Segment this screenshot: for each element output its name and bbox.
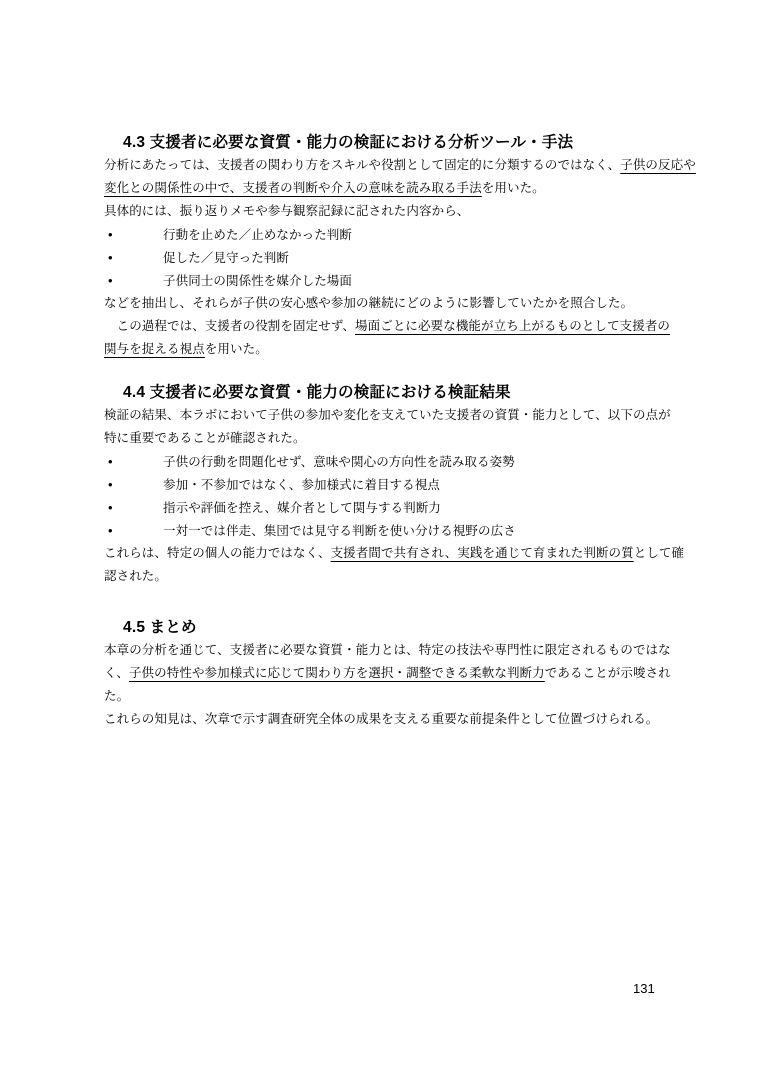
text-line: これらの知見は、次章で示す調査研究全体の成果を支える重要な前提条件として位置づけ… bbox=[104, 708, 684, 731]
body-text: などを抽出し、それらが子供の安心感や参加の継続にどのように影響していたかを照合し… bbox=[104, 296, 633, 310]
underlined-text: 場面ごとに必要な機能が立ち上がるものとして支援者の bbox=[355, 319, 670, 333]
list-item: •子供同士の関係性を媒介した場面 bbox=[104, 269, 684, 292]
text-line: 本章の分析を通じて、支援者に必要な資質・能力とは、特定の技法や専門性に限定される… bbox=[104, 639, 684, 662]
bullet-icon: • bbox=[108, 519, 163, 542]
list-item-text: 促した／見守った判断 bbox=[163, 251, 289, 265]
text-line: 特に重要であることが確認された。 bbox=[104, 427, 684, 450]
list-item: •一対一では伴走、集団では見守る判断を使い分ける視野の広さ bbox=[104, 519, 684, 542]
bullet-icon: • bbox=[108, 473, 163, 496]
bullet-icon: • bbox=[108, 496, 163, 519]
body-text: 本章の分析を通じて、支援者に必要な資質・能力とは、特定の技法や専門性に限定される… bbox=[104, 643, 671, 657]
list-item: •参加・不参加ではなく、参加様式に着目する視点 bbox=[104, 473, 684, 496]
underlined-text: 変化との関係性の中で、支援者の判断や介入の意味を読み取る手法 bbox=[104, 181, 482, 195]
body-text: 分析にあたっては、支援者の関わり方をスキルや役割として固定的に分類するのではなく… bbox=[104, 158, 620, 172]
body-text: 検証の結果、本ラボにおいて子供の参加や変化を支えていた支援者の資質・能力として、… bbox=[104, 408, 671, 422]
body-text: これらの知見は、次章で示す調査研究全体の成果を支える重要な前提条件として位置づけ… bbox=[104, 712, 658, 726]
text-line: この過程では、支援者の役割を固定せず、場面ごとに必要な機能が立ち上がるものとして… bbox=[104, 315, 684, 338]
body-text: を用いた。 bbox=[205, 342, 268, 356]
list-item-text: 指示や評価を控え、媒介者として関与する判断力 bbox=[163, 501, 441, 515]
underlined-text: 子供の反応や bbox=[620, 158, 696, 172]
section-4-3: 4.3 支援者に必要な資質・能力の検証における分析ツール・手法 分析にあたっては… bbox=[104, 131, 684, 361]
body-text: 認された。 bbox=[104, 569, 167, 583]
underlined-text: 子供の特性や参加様式に応じて関わり方を選択・調整できる柔軟な判断力 bbox=[129, 666, 545, 680]
text-line: 検証の結果、本ラボにおいて子供の参加や変化を支えていた支援者の資質・能力として、… bbox=[104, 404, 684, 427]
list-item: •指示や評価を控え、媒介者として関与する判断力 bbox=[104, 496, 684, 519]
body-text: 具体的には、振り返りメモや参与観察記録に記された内容から、 bbox=[104, 204, 469, 218]
text-line: た。 bbox=[104, 685, 684, 708]
list-item-text: 参加・不参加ではなく、参加様式に着目する視点 bbox=[163, 478, 440, 492]
page-content: 4.3 支援者に必要な資質・能力の検証における分析ツール・手法 分析にあたっては… bbox=[104, 131, 684, 731]
text-line: 関与を捉える視点を用いた。 bbox=[104, 338, 684, 361]
text-line: これらは、特定の個人の能力ではなく、支援者間で共有され、実践を通じて育まれた判断… bbox=[104, 542, 684, 565]
bullet-icon: • bbox=[108, 223, 163, 246]
section-heading-4-5: 4.5 まとめ bbox=[123, 616, 684, 639]
document-page: 4.3 支援者に必要な資質・能力の検証における分析ツール・手法 分析にあたっては… bbox=[0, 0, 768, 1087]
text-line: 認された。 bbox=[104, 565, 684, 588]
list-item: •促した／見守った判断 bbox=[104, 246, 684, 269]
page-number: 131 bbox=[633, 980, 655, 997]
list-item-text: 一対一では伴走、集団では見守る判断を使い分ける視野の広さ bbox=[163, 524, 516, 538]
section-heading-4-4: 4.4 支援者に必要な資質・能力の検証における検証結果 bbox=[123, 381, 684, 404]
body-text: 特に重要であることが確認された。 bbox=[104, 431, 306, 445]
bullet-icon: • bbox=[108, 450, 163, 473]
section-4-5: 4.5 まとめ 本章の分析を通じて、支援者に必要な資質・能力とは、特定の技法や専… bbox=[104, 616, 684, 731]
underlined-text: 支援者間で共有され、実践を通じて育まれた判断の質 bbox=[331, 546, 634, 560]
underlined-text: 関与を捉える視点 bbox=[104, 342, 205, 356]
text-line: 変化との関係性の中で、支援者の判断や介入の意味を読み取る手法を用いた。 bbox=[104, 177, 684, 200]
body-text: く、 bbox=[104, 666, 129, 680]
bullet-icon: • bbox=[108, 246, 163, 269]
text-line: 分析にあたっては、支援者の関わり方をスキルや役割として固定的に分類するのではなく… bbox=[104, 154, 684, 177]
list-item: •子供の行動を問題化せず、意味や関心の方向性を読み取る姿勢 bbox=[104, 450, 684, 473]
body-text: を用いた。 bbox=[482, 181, 545, 195]
list-item-text: 行動を止めた／止めなかった判断 bbox=[163, 228, 352, 242]
bullet-icon: • bbox=[108, 269, 163, 292]
body-text: であることが示唆され bbox=[545, 666, 671, 680]
body-text: これらは、特定の個人の能力ではなく、 bbox=[104, 546, 331, 560]
list-item-text: 子供の行動を問題化せず、意味や関心の方向性を読み取る姿勢 bbox=[163, 455, 515, 469]
section-4-4: 4.4 支援者に必要な資質・能力の検証における検証結果 検証の結果、本ラボにおい… bbox=[104, 381, 684, 588]
text-line: 具体的には、振り返りメモや参与観察記録に記された内容から、 bbox=[104, 200, 684, 223]
text-line: く、子供の特性や参加様式に応じて関わり方を選択・調整できる柔軟な判断力であること… bbox=[104, 662, 684, 685]
text-line: などを抽出し、それらが子供の安心感や参加の継続にどのように影響していたかを照合し… bbox=[104, 292, 684, 315]
body-text: た。 bbox=[104, 689, 129, 703]
section-heading-4-3: 4.3 支援者に必要な資質・能力の検証における分析ツール・手法 bbox=[123, 131, 684, 154]
list-item-text: 子供同士の関係性を媒介した場面 bbox=[163, 274, 352, 288]
body-text: この過程では、支援者の役割を固定せず、 bbox=[104, 319, 355, 333]
list-item: •行動を止めた／止めなかった判断 bbox=[104, 223, 684, 246]
body-text: として確 bbox=[634, 546, 684, 560]
